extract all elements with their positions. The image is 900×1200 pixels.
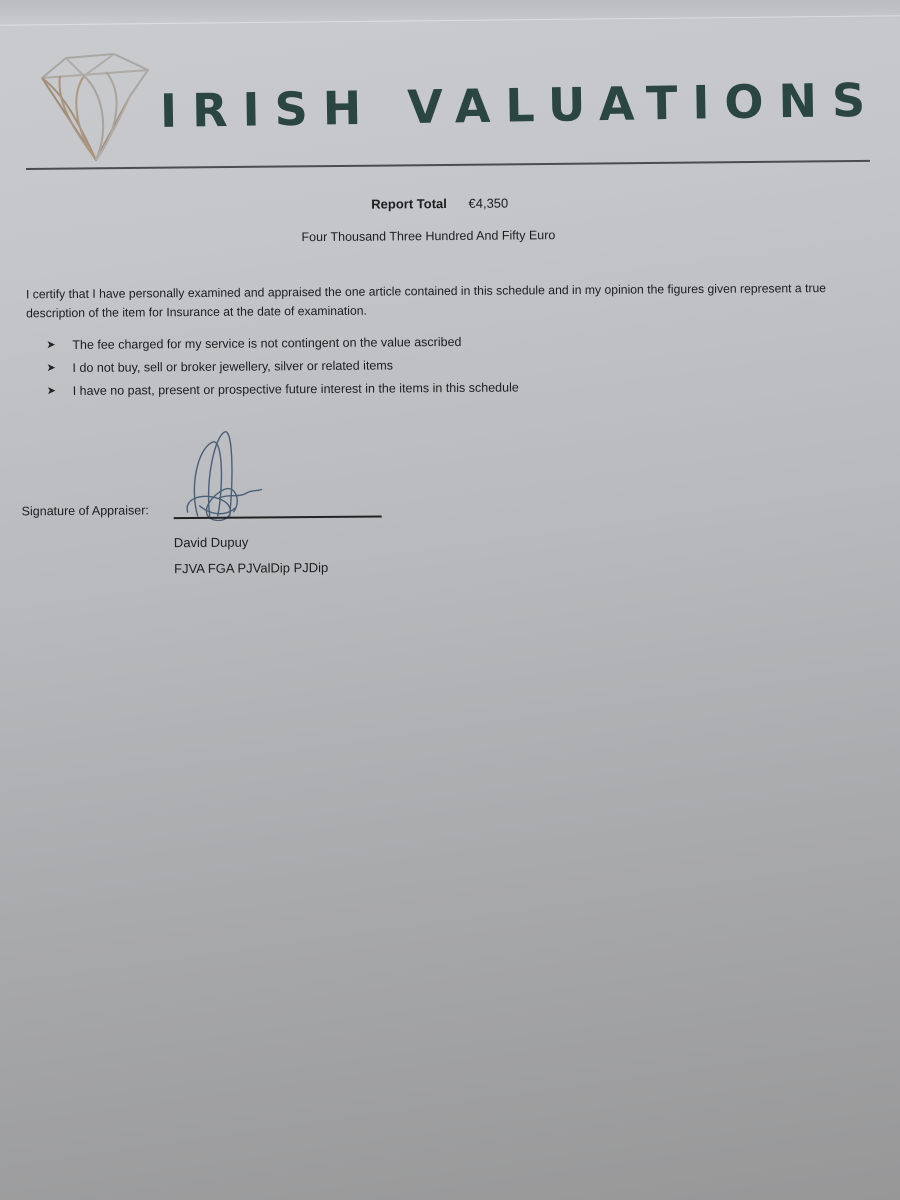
report-total: Report Total €4,350 xyxy=(371,196,508,212)
certification-statement: I certify that I have personally examine… xyxy=(26,279,886,324)
appraiser-qualifications: FJVA FGA PJValDip PJDip xyxy=(174,560,328,576)
declaration-text: I do not buy, sell or broker jewellery, … xyxy=(72,358,393,375)
arrow-right-icon: ➤ xyxy=(46,338,72,351)
report-total-label: Report Total xyxy=(371,196,447,212)
handwritten-signature xyxy=(179,427,270,524)
document-body: Report Total €4,350 Four Thousand Three … xyxy=(0,0,900,1200)
arrow-right-icon: ➤ xyxy=(46,361,72,374)
report-total-amount: €4,350 xyxy=(468,196,508,211)
arrow-right-icon: ➤ xyxy=(47,384,73,397)
signature-line xyxy=(174,516,382,519)
declaration-text: The fee charged for my service is not co… xyxy=(72,334,461,351)
declaration-list: ➤ The fee charged for my service is not … xyxy=(46,329,519,402)
declaration-text: I have no past, present or prospective f… xyxy=(73,380,519,398)
amount-in-words: Four Thousand Three Hundred And Fifty Eu… xyxy=(301,228,555,244)
list-item: ➤ I have no past, present or prospective… xyxy=(47,375,519,402)
signature-label: Signature of Appraiser: xyxy=(22,503,149,518)
appraiser-name: David Dupuy xyxy=(174,535,249,551)
